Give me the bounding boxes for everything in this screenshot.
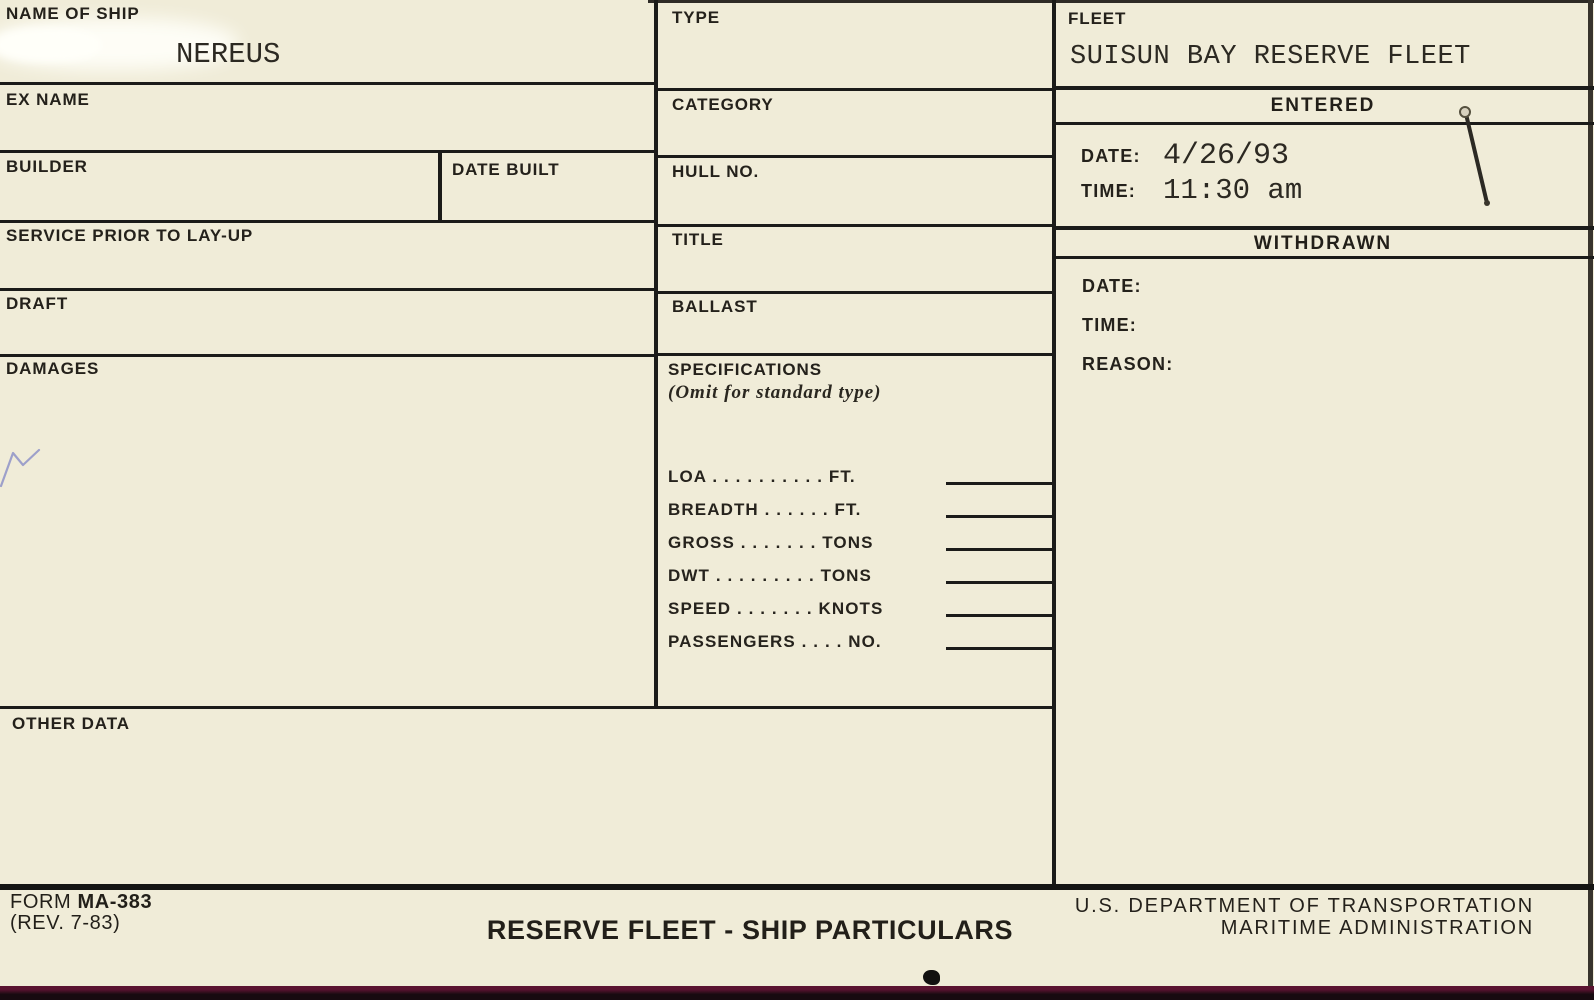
withdrawn-date-label: DATE:: [1082, 276, 1142, 297]
form-revision: (REV. 7-83): [10, 912, 120, 935]
row-divider: [0, 82, 658, 85]
spec-fillin-line: [946, 482, 1052, 485]
card-top-edge: [648, 0, 1594, 3]
entered-date-value: 4/26/93: [1163, 139, 1289, 173]
name-of-ship-value: NEREUS: [176, 38, 280, 71]
name-of-ship-label: NAME OF SHIP: [6, 4, 140, 24]
category-label: CATEGORY: [672, 95, 774, 115]
paper-smudge: [0, 28, 102, 62]
spec-row-dwt: DWT . . . . . . . . . TONS: [668, 566, 872, 586]
withdrawn-band-top-line: [1052, 226, 1594, 230]
spec-fillin-line: [946, 647, 1052, 650]
builder-datebuilt-divider: [438, 150, 442, 220]
pen-mark: [0, 438, 60, 493]
specifications-label: SPECIFICATIONS: [668, 360, 822, 380]
form-title: RESERVE FLEET - SHIP PARTICULARS: [397, 915, 1103, 946]
entered-time-value: 11:30 am: [1163, 174, 1302, 207]
entered-band-underline: [1052, 122, 1594, 125]
spec-row-passengers: PASSENGERS . . . . NO.: [668, 632, 882, 652]
type-label: TYPE: [672, 8, 720, 28]
ink-blot: [923, 970, 940, 985]
card-right-edge: [1588, 0, 1593, 990]
row-divider: [654, 224, 1052, 227]
date-built-label: DATE BUILT: [452, 160, 560, 180]
form-number-line: FORM MA-383: [10, 891, 152, 914]
row-divider: [0, 354, 658, 357]
spec-row-breadth: BREADTH . . . . . . FT.: [668, 500, 861, 520]
builder-label: BUILDER: [6, 157, 88, 177]
title-label: TITLE: [672, 230, 724, 250]
spec-fillin-line: [946, 581, 1052, 584]
entered-time-label: TIME:: [1081, 181, 1136, 202]
spec-fillin-line: [946, 548, 1052, 551]
damages-label: DAMAGES: [6, 359, 99, 379]
agency-line1: U.S. DEPARTMENT OF TRANSPORTATION: [1060, 895, 1534, 917]
spec-fillin-line: [946, 614, 1052, 617]
footer-heavy-line: [0, 884, 1594, 890]
fleet-value: SUISUN BAY RESERVE FLEET: [1070, 42, 1471, 72]
row-divider: [654, 291, 1052, 294]
spec-fillin-line: [946, 515, 1052, 518]
spec-row-gross: GROSS . . . . . . . TONS: [668, 533, 874, 553]
fleet-label: FLEET: [1068, 9, 1126, 29]
specifications-note: (Omit for standard type): [668, 382, 881, 404]
ship-particulars-form: NAME OF SHIP NEREUS EX NAME BUILDER DATE…: [0, 0, 1594, 1000]
agency-block: U.S. DEPARTMENT OF TRANSPORTATION MARITI…: [1060, 895, 1534, 939]
hull-no-label: HULL NO.: [672, 162, 759, 182]
withdrawn-header: WITHDRAWN: [1052, 233, 1594, 255]
row-divider: [654, 155, 1052, 158]
column-divider-middle-right: [1052, 0, 1056, 886]
agency-line2: MARITIME ADMINISTRATION: [1060, 917, 1534, 939]
other-data-label: OTHER DATA: [12, 714, 130, 734]
form-word: FORM: [10, 891, 71, 913]
row-divider: [654, 88, 1052, 91]
scan-edge-band: [0, 986, 1594, 1000]
withdrawn-reason-label: REASON:: [1082, 354, 1173, 375]
spec-row-speed: SPEED . . . . . . . KNOTS: [668, 599, 883, 619]
service-prior-to-layup-label: SERVICE PRIOR TO LAY-UP: [6, 226, 253, 246]
row-divider: [654, 353, 1052, 356]
row-divider: [0, 220, 658, 223]
ex-name-label: EX NAME: [6, 90, 90, 110]
draft-label: DRAFT: [6, 294, 68, 314]
withdrawn-band-underline: [1052, 256, 1594, 259]
row-divider: [0, 150, 658, 153]
staple: [1450, 100, 1500, 215]
withdrawn-time-label: TIME:: [1082, 315, 1137, 336]
row-divider: [0, 288, 658, 291]
entered-band-top-line: [1052, 86, 1594, 90]
spec-row-loa: LOA . . . . . . . . . . FT.: [668, 467, 856, 487]
entered-date-label: DATE:: [1081, 146, 1141, 167]
ballast-label: BALLAST: [672, 297, 758, 317]
entered-header: ENTERED: [1052, 95, 1594, 117]
other-data-top-line: [0, 706, 1056, 709]
form-number: MA-383: [77, 891, 152, 913]
